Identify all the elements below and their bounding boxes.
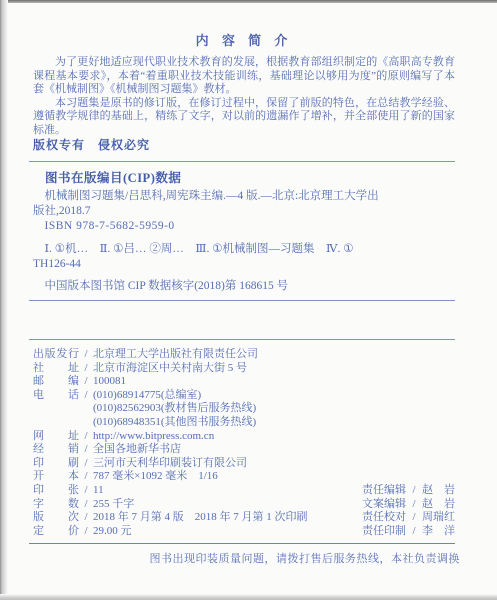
page-content: 内 容 简 介 为了更好地适应现代职业技术教育的发展，根据教育部组织制定的《高职… xyxy=(33,0,455,600)
slash-separator: / xyxy=(79,348,93,362)
book-copyright-page: 内 容 简 介 为了更好地适应现代职业技术教育的发展，根据教育部组织制定的《高职… xyxy=(0,0,497,600)
pub-label: 版次 xyxy=(33,511,79,525)
staff-label: 文案编辑 xyxy=(362,498,406,512)
slash-separator: / xyxy=(79,375,93,389)
pub-value: 100081 xyxy=(93,375,126,389)
pub-row-price: 定价/29.00 元 责任印制/李 洋 xyxy=(33,525,455,539)
slash-separator: / xyxy=(79,484,93,498)
cip-classification-line1: Ⅰ. ①机… Ⅱ. ①吕… ②周… Ⅲ. ①机械制图—习题集 Ⅳ. ① xyxy=(33,242,455,257)
staff-row-print-supervisor: 责任印制/李 洋 xyxy=(362,525,455,539)
staff-row-copy-editor: 文案编辑/赵 岩 xyxy=(362,498,455,512)
cip-record-number: 中国版本图书馆 CIP 数据核字(2018)第 168615 号 xyxy=(33,277,288,293)
pub-row-format: 开本/787 毫米×1092 毫米 1/16 xyxy=(33,470,455,484)
pub-value: (010)82562903(教材售后服务热线) xyxy=(93,402,256,416)
cip-heading: 图书在版编目(CIP)数据 xyxy=(45,168,181,186)
staff-row-editor: 责任编辑/赵 岩 xyxy=(362,484,455,498)
intro-title: 内 容 简 介 xyxy=(33,30,455,49)
pub-row-postcode: 邮编/100081 xyxy=(33,375,455,389)
quality-notice: 图书出现印装质量问题，请拨打售后服务热线，本社负责调换 xyxy=(33,550,460,566)
pub-row-edition: 版次/2018 年 7 月第 4 版 2018 年 7 月第 1 次印刷 责任校… xyxy=(33,511,455,525)
pub-row-phone-3: (010)68948351(其他图书服务热线) xyxy=(33,416,455,430)
divider-line-bottom xyxy=(29,543,455,544)
pub-value: 北京理工大学出版社有限责任公司 xyxy=(93,348,258,362)
pub-label: 出版发行 xyxy=(33,348,79,362)
pub-label: 电话 xyxy=(33,389,79,403)
cip-description: 机械制图习题集/吕思科,周宪珠主编.—4 版.—北京:北京理工大学出 版社,20… xyxy=(33,189,455,219)
isbn: ISBN 978-7-5682-5959-0 xyxy=(33,220,175,232)
divider-line-cip-bottom xyxy=(29,300,455,301)
slash-separator: / xyxy=(406,484,422,498)
pub-value: (010)68914775(总编室) xyxy=(93,389,201,403)
divider-line-top xyxy=(29,161,455,162)
pub-row-printer: 印刷/三河市天利华印刷装订有限公司 xyxy=(33,457,455,471)
website-url: http://www.bitpress.com.cn xyxy=(93,430,214,444)
pub-row-website: 网址/http://www.bitpress.com.cn xyxy=(33,430,455,444)
slash-separator: / xyxy=(79,525,93,539)
pub-value: 2018 年 7 月第 4 版 2018 年 7 月第 1 次印刷 xyxy=(93,511,308,525)
pub-label: 社址 xyxy=(33,362,79,376)
cip-description-line2: 版社,2018.7 xyxy=(33,204,455,219)
pub-label: 定价 xyxy=(33,525,79,539)
pub-row-publisher: 出版发行/北京理工大学出版社有限责任公司 xyxy=(33,348,455,362)
slash-separator: / xyxy=(79,443,93,457)
staff-label: 责任校对 xyxy=(362,511,406,525)
slash-separator: / xyxy=(79,430,93,444)
pub-label: 经销 xyxy=(33,443,79,457)
staff-row-proofreader: 责任校对/周瑞红 xyxy=(362,511,455,525)
pub-value: 787 毫米×1092 毫米 1/16 xyxy=(93,470,218,484)
staff-label: 责任编辑 xyxy=(362,484,406,498)
pub-row-phone-2: (010)82562903(教材售后服务热线) xyxy=(33,402,455,416)
cip-classification-line2: TH126-44 xyxy=(33,257,455,272)
slash-separator: / xyxy=(79,389,93,403)
cip-classification: Ⅰ. ①机… Ⅱ. ①吕… ②周… Ⅲ. ①机械制图—习题集 Ⅳ. ① TH12… xyxy=(33,242,455,271)
scan-edge-left xyxy=(0,0,8,600)
intro-paragraph-1: 为了更好地适应现代职业技术教育的发展，根据教育部组织制定的《高职高专教育课程基本… xyxy=(33,56,455,97)
slash-separator: / xyxy=(79,457,93,471)
cip-description-line1: 机械制图习题集/吕思科,周宪珠主编.—4 版.—北京:北京理工大学出 xyxy=(33,189,455,204)
intro-paragraph-2: 本习题集是原书的修订版，在修订过程中，保留了前版的特色，在总结教学经验、遵循教学… xyxy=(33,97,455,138)
divider-line-publication-top xyxy=(29,339,455,340)
copyright-notice: 版权专有 侵权必究 xyxy=(33,136,150,153)
pub-value: 255 千字 xyxy=(93,498,134,512)
pub-row-address: 社址/北京市海淀区中关村南大街 5 号 xyxy=(33,362,455,376)
slash-separator: / xyxy=(79,362,93,376)
pub-label: 字数 xyxy=(33,498,79,512)
pub-row-wordcount: 字数/255 千字 文案编辑/赵 岩 xyxy=(33,498,455,512)
pub-row-sheets: 印张/11 责任编辑/赵 岩 xyxy=(33,484,455,498)
publication-info: 出版发行/北京理工大学出版社有限责任公司 社址/北京市海淀区中关村南大街 5 号… xyxy=(33,348,455,538)
pub-value: 三河市天利华印刷装订有限公司 xyxy=(93,457,247,471)
pub-row-distribution: 经销/全国各地新华书店 xyxy=(33,443,455,457)
pub-value: (010)68948351(其他图书服务热线) xyxy=(93,416,256,430)
pub-label: 开本 xyxy=(33,470,79,484)
pub-value: 11 xyxy=(93,484,104,498)
staff-name: 李 洋 xyxy=(422,525,455,539)
slash-separator: / xyxy=(79,498,93,512)
intro-section: 为了更好地适应现代职业技术教育的发展，根据教育部组织制定的《高职高专教育课程基本… xyxy=(33,56,455,138)
pub-label: 邮编 xyxy=(33,375,79,389)
staff-name: 周瑞红 xyxy=(422,511,455,525)
staff-name: 赵 岩 xyxy=(422,484,455,498)
slash-separator: / xyxy=(406,498,422,512)
pub-label: 网址 xyxy=(33,430,79,444)
slash-separator: / xyxy=(79,511,93,525)
slash-separator: / xyxy=(406,511,422,525)
pub-label: 印张 xyxy=(33,484,79,498)
staff-name: 赵 岩 xyxy=(422,498,455,512)
pub-value: 北京市海淀区中关村南大街 5 号 xyxy=(93,362,247,376)
pub-value: 29.00 元 xyxy=(93,525,132,539)
staff-label: 责任印制 xyxy=(362,525,406,539)
pub-value: 全国各地新华书店 xyxy=(93,443,181,457)
slash-separator: / xyxy=(79,470,93,484)
pub-label: 印刷 xyxy=(33,457,79,471)
slash-separator: / xyxy=(406,525,422,539)
pub-row-phone-1: 电话/(010)68914775(总编室) xyxy=(33,389,455,403)
